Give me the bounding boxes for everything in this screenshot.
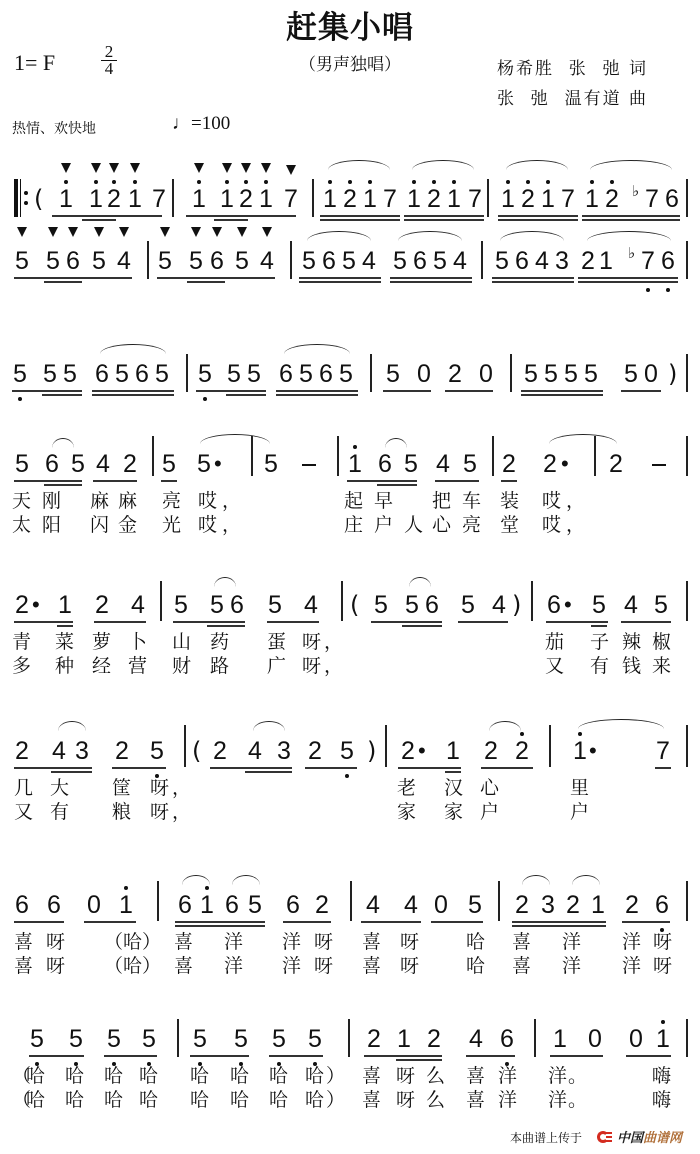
- note: 5: [70, 450, 86, 478]
- note: 1: [590, 891, 606, 919]
- lyric-verse-1: 天: [12, 490, 31, 512]
- slur-arc: [506, 160, 568, 170]
- slur-arc: [232, 875, 260, 885]
- lyric-verse-2: 哎: [542, 514, 561, 536]
- barline: [337, 436, 339, 476]
- lyric-verse-2: 财: [172, 655, 191, 677]
- slur-arc: [398, 231, 462, 241]
- slur-arc: [412, 160, 474, 170]
- note: 2: [514, 737, 530, 765]
- lyric-verse-2: 哈: [139, 1089, 158, 1111]
- lyric-verse-2: 户: [480, 801, 499, 823]
- low-octave-dot: [666, 288, 670, 292]
- high-octave-dot: [432, 180, 436, 184]
- note: 7: [382, 185, 398, 213]
- note: 5: [623, 360, 639, 388]
- beam-underline: [445, 390, 493, 392]
- note: 4: [491, 591, 507, 619]
- beam-underline: [245, 771, 292, 773]
- note: 5: [173, 591, 189, 619]
- lyric-verse-1: ，: [324, 631, 343, 653]
- high-octave-dot: [244, 180, 248, 184]
- beam-underline: [582, 215, 680, 217]
- slur-arc: [578, 719, 664, 729]
- note: 1: [88, 185, 104, 213]
- lyric-verse-2: 经: [92, 655, 111, 677]
- parenthesis: (: [350, 591, 359, 619]
- beam-underline: [492, 281, 574, 283]
- note: 3: [74, 737, 90, 765]
- accent-mark: [261, 163, 271, 173]
- high-octave-dot: [112, 180, 116, 184]
- beam-underline: [404, 219, 484, 221]
- beam-underline: [14, 480, 82, 482]
- note: 0: [628, 1025, 644, 1053]
- parenthesis: (: [34, 185, 43, 213]
- lyric-verse-2: 呀: [653, 955, 672, 977]
- lyric-verse-1: 哈: [269, 1065, 288, 1087]
- note: 6: [424, 591, 440, 619]
- note: 6: [664, 185, 680, 213]
- beam-underline: [498, 219, 578, 221]
- lyric-verse-2: 太: [12, 514, 31, 536]
- beam-underline: [305, 767, 357, 769]
- beam-underline: [226, 394, 266, 396]
- accent-mark: [119, 227, 129, 237]
- beam-underline: [14, 621, 73, 623]
- note: 6: [94, 360, 110, 388]
- lyric-verse-1: ，: [222, 490, 241, 512]
- site-name-part1: 中国: [617, 1127, 643, 1146]
- barline: [184, 725, 186, 767]
- note: 1: [584, 185, 600, 213]
- high-octave-dot: [94, 180, 98, 184]
- note: 2: [624, 891, 640, 919]
- beam-underline: [498, 215, 578, 217]
- accent-mark: [94, 227, 104, 237]
- beam-underline: [626, 1055, 671, 1057]
- accent-mark: [68, 227, 78, 237]
- note: 1: [362, 185, 378, 213]
- lyric-verse-2: 堂: [500, 514, 519, 536]
- note: 6: [44, 450, 60, 478]
- beam-underline: [29, 1055, 84, 1057]
- repeat-start-thin-bar: [20, 179, 21, 217]
- note: 4: [303, 591, 319, 619]
- lyric-verse-2: 闪: [90, 514, 109, 536]
- lyric-verse-1: 哈: [26, 1065, 45, 1087]
- note: 4: [51, 737, 67, 765]
- low-octave-dot: [203, 397, 207, 401]
- parenthesis: ): [668, 360, 677, 388]
- parenthesis: (: [192, 737, 201, 765]
- beam-underline: [622, 921, 670, 923]
- beam-underline: [82, 219, 116, 221]
- barline: [172, 179, 174, 217]
- note: 5: [29, 1025, 45, 1053]
- lyric-verse-2: 么: [426, 1089, 445, 1111]
- lyric-verse-1: 喜: [174, 931, 193, 953]
- beam-underline: [383, 390, 431, 392]
- lyric-verse-2: 有: [50, 801, 69, 823]
- lyric-verse-2: 喜: [512, 955, 531, 977]
- lyric-verse-2: 呀: [150, 801, 169, 823]
- lyric-verse-1: 哈: [190, 1065, 209, 1087]
- beam-underline: [207, 625, 245, 627]
- beam-underline: [267, 621, 319, 623]
- high-octave-dot: [264, 180, 268, 184]
- lyric-verse-2: 呀: [314, 955, 333, 977]
- slur-arc: [52, 438, 74, 448]
- lyric-verse-1: 青: [12, 631, 31, 653]
- beam-underline: [621, 621, 671, 623]
- lyric-verse-1: 。: [568, 1065, 587, 1087]
- key-signature: 1= F: [14, 50, 55, 76]
- beam-underline: [466, 1055, 515, 1057]
- high-octave-dot: [526, 180, 530, 184]
- note: 6: [546, 591, 562, 619]
- accent-mark: [160, 227, 170, 237]
- note: 5: [12, 360, 28, 388]
- beam-underline: [276, 394, 358, 396]
- note: 4: [95, 450, 111, 478]
- note: 5: [404, 591, 420, 619]
- note: 2: [366, 1025, 382, 1053]
- note: 7♭: [644, 185, 660, 213]
- beam-underline: [210, 767, 292, 769]
- note: 2: [565, 891, 581, 919]
- lyric-verse-1: 么: [426, 1065, 445, 1087]
- site-logo[interactable]: 中国 曲谱网: [597, 1127, 682, 1146]
- lyric-verse-2: 洋: [562, 955, 581, 977]
- beam-underline: [104, 1055, 157, 1057]
- metronome-mark: ♩=100: [172, 113, 230, 135]
- note: 1: [199, 891, 215, 919]
- slur-arc: [100, 344, 166, 354]
- note: 1: [118, 891, 134, 919]
- note: 5: [149, 737, 165, 765]
- note: 5: [209, 591, 225, 619]
- lyric-verse-1: 喜: [362, 931, 381, 953]
- note: 5: [157, 247, 173, 275]
- note: 7: [467, 185, 483, 213]
- site-name-part2: 曲谱网: [643, 1127, 682, 1146]
- accent-mark: [262, 227, 272, 237]
- beam-underline: [521, 394, 603, 396]
- lyric-verse-2: 钱: [622, 655, 641, 677]
- note: 5: [62, 360, 78, 388]
- lyric-verse-2: 人: [404, 514, 423, 536]
- note: 5: [392, 247, 408, 275]
- beam-underline: [93, 480, 137, 482]
- beam-underline: [492, 277, 574, 279]
- barline: [492, 436, 494, 476]
- time-signature-bottom: 4: [105, 59, 114, 78]
- slur-arc: [253, 721, 285, 731]
- high-octave-dot: [124, 886, 128, 890]
- note: 1: [552, 1025, 568, 1053]
- lyric-verse-1: 早: [374, 490, 393, 512]
- high-octave-dot: [225, 180, 229, 184]
- lyric-verse-2: 哈: [305, 1089, 324, 1111]
- lyric-verse-1: 哈: [104, 1065, 123, 1087]
- lyric-verse-1: 山: [172, 631, 191, 653]
- note: 5: [106, 1025, 122, 1053]
- barline: [160, 581, 162, 621]
- lyric-verse-2: 户: [374, 514, 393, 536]
- accent-mark: [286, 165, 296, 175]
- lyric-verse-2: 洋: [548, 1089, 567, 1111]
- beam-underline: [320, 215, 400, 217]
- note: 4: [435, 450, 451, 478]
- lyric-verse-1: 药: [210, 631, 229, 653]
- beam-underline: [361, 921, 421, 923]
- barline: [686, 881, 688, 921]
- note: 2: [447, 360, 463, 388]
- beam-underline: [371, 621, 442, 623]
- beam-underline: [269, 1055, 323, 1057]
- note: 2: [122, 450, 138, 478]
- lyric-verse-2: 哈: [230, 1089, 249, 1111]
- beam-underline: [320, 219, 400, 221]
- barline: [348, 1019, 350, 1057]
- time-signature: 2 4: [100, 44, 118, 77]
- lyric-verse-2: ，: [566, 514, 585, 536]
- lyric-verse-2: （哈）: [104, 955, 161, 977]
- beam-underline: [578, 277, 678, 279]
- note: 0: [643, 360, 659, 388]
- high-octave-dot: [368, 180, 372, 184]
- note: 5: [338, 360, 354, 388]
- sustain-dash: [302, 464, 316, 466]
- high-octave-dot: [205, 886, 209, 890]
- beam-underline: [161, 480, 177, 482]
- note: 6: [278, 360, 294, 388]
- high-octave-dot: [578, 732, 582, 736]
- note: 4: [247, 737, 263, 765]
- lyric-verse-2: 喜: [362, 1089, 381, 1111]
- lyric-verse-2: 哈: [26, 1089, 45, 1111]
- note: 5: [263, 450, 279, 478]
- note: 5: [467, 891, 483, 919]
- barline: [147, 241, 149, 279]
- lyric-verse-1: 蛋: [267, 631, 286, 653]
- note: 5: [523, 360, 539, 388]
- lyric-verse-2: 金: [118, 514, 137, 536]
- note: 2: [501, 450, 517, 478]
- note: 5: [403, 450, 419, 478]
- barline: [498, 881, 500, 921]
- lyric-verse-1: 辣: [622, 631, 641, 653]
- lyric-verse-1: 车: [462, 490, 481, 512]
- note: 6: [514, 247, 530, 275]
- lyric-verse-2: 广: [267, 655, 286, 677]
- note: 4: [534, 247, 550, 275]
- barline: [549, 725, 551, 767]
- lyric-verse-2: 多: [12, 655, 31, 677]
- note: 5: [462, 450, 478, 478]
- note: 2: [520, 185, 536, 213]
- lyric-verse-2: ）: [326, 1089, 345, 1111]
- note: 2: [106, 185, 122, 213]
- lyric-verse-2: 阳: [42, 514, 61, 536]
- lyric-verse-2: 又: [545, 655, 564, 677]
- beam-underline: [94, 621, 146, 623]
- slur-arc: [214, 577, 236, 587]
- lyricist-credit: 杨希胜 张 弛 词: [497, 54, 648, 79]
- note: 5: [91, 247, 107, 275]
- accent-mark: [17, 227, 27, 237]
- note: 7♭: [640, 247, 656, 275]
- beam-underline: [175, 925, 265, 927]
- note: 6: [318, 360, 334, 388]
- lyric-verse-2: 呀: [400, 955, 419, 977]
- lyric-verse-1: ）: [326, 1065, 345, 1087]
- site-logo-icon: [597, 1130, 613, 1144]
- beam-underline: [501, 480, 517, 482]
- beam-underline: [12, 390, 82, 392]
- barline: [157, 881, 159, 921]
- note: 5: [373, 591, 389, 619]
- barline: [290, 241, 292, 279]
- lyric-verse-1: 老: [397, 777, 416, 799]
- lyric-verse-2: ，: [172, 801, 191, 823]
- lyric-verse-2: 哈: [65, 1089, 84, 1111]
- lyric-verse-1: 洋: [562, 931, 581, 953]
- lyric-verse-1: 里: [570, 777, 589, 799]
- note: 2: [94, 591, 110, 619]
- note: 1: [191, 185, 207, 213]
- note: 6: [65, 247, 81, 275]
- lyric-verse-2: 哈: [269, 1089, 288, 1111]
- lyric-verse-1: 呀: [653, 931, 672, 953]
- high-octave-dot: [353, 445, 357, 449]
- slur-arc: [590, 160, 672, 170]
- accent-mark: [237, 227, 247, 237]
- accent-mark: [222, 163, 232, 173]
- barline: [686, 436, 688, 476]
- note: 5: [233, 1025, 249, 1053]
- note: 5: [226, 360, 242, 388]
- accent-mark: [241, 163, 251, 173]
- lyric-verse-2: 哈: [104, 1089, 123, 1111]
- lyric-verse-1: 把: [432, 490, 451, 512]
- lyric-verse-2: 洋: [498, 1089, 517, 1111]
- note: 5: [114, 360, 130, 388]
- beam-underline: [187, 281, 225, 283]
- lyric-verse-1: 哈: [65, 1065, 84, 1087]
- lyric-verse-1: （哈）: [104, 931, 161, 953]
- note: 2: [426, 1025, 442, 1053]
- note: 6: [209, 247, 225, 275]
- note: 5: [341, 247, 357, 275]
- lyric-verse-1: 几: [14, 777, 33, 799]
- note: 4: [623, 591, 639, 619]
- lyric-verse-2: 洋: [224, 955, 243, 977]
- lyric-verse-1: 喜: [14, 931, 33, 953]
- repeat-dot: [24, 191, 28, 195]
- note: 4: [468, 1025, 484, 1053]
- lyric-verse-1: 哎: [542, 490, 561, 512]
- lyric-verse-2: 光: [162, 514, 181, 536]
- tempo-expression: 热情、欢快地: [12, 118, 96, 138]
- lyric-verse-1: 嗨: [652, 1065, 671, 1087]
- beam-underline: [44, 484, 82, 486]
- beam-underline: [214, 219, 248, 221]
- sustain-dash: [652, 464, 666, 466]
- accent-mark: [212, 227, 222, 237]
- lyric-verse-1: 大: [50, 777, 69, 799]
- note: 1: [446, 185, 462, 213]
- note: 5: [563, 360, 579, 388]
- beam-underline: [276, 390, 358, 392]
- slur-arc: [549, 434, 617, 444]
- beam-underline: [481, 767, 533, 769]
- note: 6: [412, 247, 428, 275]
- lyric-verse-2: 呀: [302, 655, 321, 677]
- slur-arc: [500, 231, 564, 241]
- barline: [487, 179, 489, 217]
- lyric-verse-1: 卜: [128, 631, 147, 653]
- lyric-verse-1: 哈: [139, 1065, 158, 1087]
- high-octave-dot: [661, 1020, 665, 1024]
- note: 4: [130, 591, 146, 619]
- beam-underline: [390, 277, 472, 279]
- lyric-verse-1: 椒: [652, 631, 671, 653]
- note: 6: [229, 591, 245, 619]
- lyric-verse-2: 种: [55, 655, 74, 677]
- beam-underline: [377, 484, 417, 486]
- lyric-verse-1: 喜: [512, 931, 531, 953]
- note: 5: [494, 247, 510, 275]
- barline: [370, 354, 372, 392]
- beam-underline: [14, 921, 64, 923]
- lyric-verse-1: ，: [566, 490, 585, 512]
- note: 2: [314, 891, 330, 919]
- slur-arc: [522, 875, 550, 885]
- note: 4: [116, 247, 132, 275]
- accent-mark: [48, 227, 58, 237]
- barline: [350, 881, 352, 921]
- note: 0: [86, 891, 102, 919]
- lyric-verse-2: 哎: [198, 514, 217, 536]
- lyric-verse-1: 呀: [150, 777, 169, 799]
- note: 1: [58, 185, 74, 213]
- beam-underline: [42, 394, 82, 396]
- barline: [481, 241, 483, 279]
- lyric-verse-2: 嗨: [652, 1089, 671, 1111]
- note: 1: [540, 185, 556, 213]
- note: 5: [246, 360, 262, 388]
- slur-arc: [385, 438, 407, 448]
- note: 5: [141, 1025, 157, 1053]
- beam-underline: [92, 390, 174, 392]
- beam-underline: [578, 281, 678, 283]
- accent-mark: [109, 163, 119, 173]
- high-octave-dot: [412, 180, 416, 184]
- note: 1: [598, 247, 614, 275]
- note: 5: [267, 591, 283, 619]
- lyric-verse-1: 菜: [55, 631, 74, 653]
- note: 2: [212, 737, 228, 765]
- barline: [312, 179, 314, 217]
- note: 3: [540, 891, 556, 919]
- beam-underline: [435, 480, 479, 482]
- note: 2: [14, 591, 30, 619]
- beam-underline: [173, 621, 245, 623]
- beam-underline: [398, 767, 461, 769]
- note: 5: [271, 1025, 287, 1053]
